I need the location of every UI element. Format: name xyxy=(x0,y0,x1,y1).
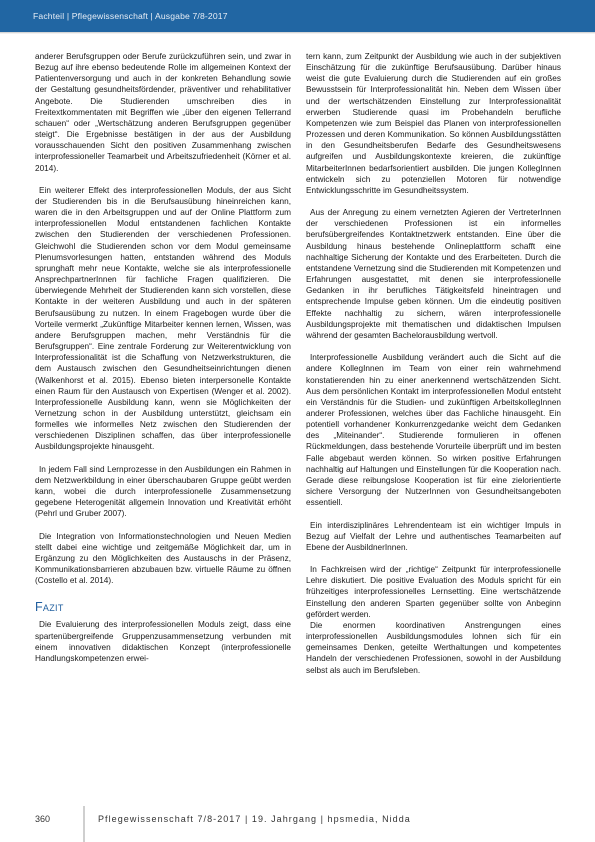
running-header-title: Fachteil | Pflegewissenschaft | Ausgabe … xyxy=(33,11,228,21)
paragraph: Aus der Anregung zu einem vernetzten Agi… xyxy=(306,207,561,341)
paragraph: Die enormen koordinativen Anstrengungen … xyxy=(306,620,561,676)
paragraph: In Fachkreisen wird der „richtige“ Zeitp… xyxy=(306,564,561,620)
page-number: 360 xyxy=(35,814,50,824)
left-column: anderer Berufsgruppen oder Berufe zurück… xyxy=(35,51,291,664)
footer-publication-line: Pflegewissenschaft 7/8-2017 | 19. Jahrga… xyxy=(98,814,411,824)
right-column: tern kann, zum Zeitpunkt der Ausbildung … xyxy=(306,51,561,687)
footer-divider xyxy=(83,806,85,842)
paragraph: In jedem Fall sind Lernprozesse in den A… xyxy=(35,464,291,520)
paragraph: tern kann, zum Zeitpunkt der Ausbildung … xyxy=(306,51,561,196)
running-header-bar: Fachteil | Pflegewissenschaft | Ausgabe … xyxy=(0,0,595,32)
paragraph: Interprofessionelle Ausbildung verändert… xyxy=(306,352,561,508)
paragraph: Die Evaluierung des interprofessionellen… xyxy=(35,619,291,664)
paragraph: anderer Berufsgruppen oder Berufe zurück… xyxy=(35,51,291,174)
header-divider xyxy=(0,32,595,34)
section-heading-fazit: Fazit xyxy=(35,600,291,614)
paragraph: Die Integration von Informationstechnolo… xyxy=(35,531,291,587)
paragraph: Ein weiterer Effekt des interprofessione… xyxy=(35,185,291,453)
paragraph: Ein interdisziplinäres Lehrendenteam ist… xyxy=(306,520,561,553)
